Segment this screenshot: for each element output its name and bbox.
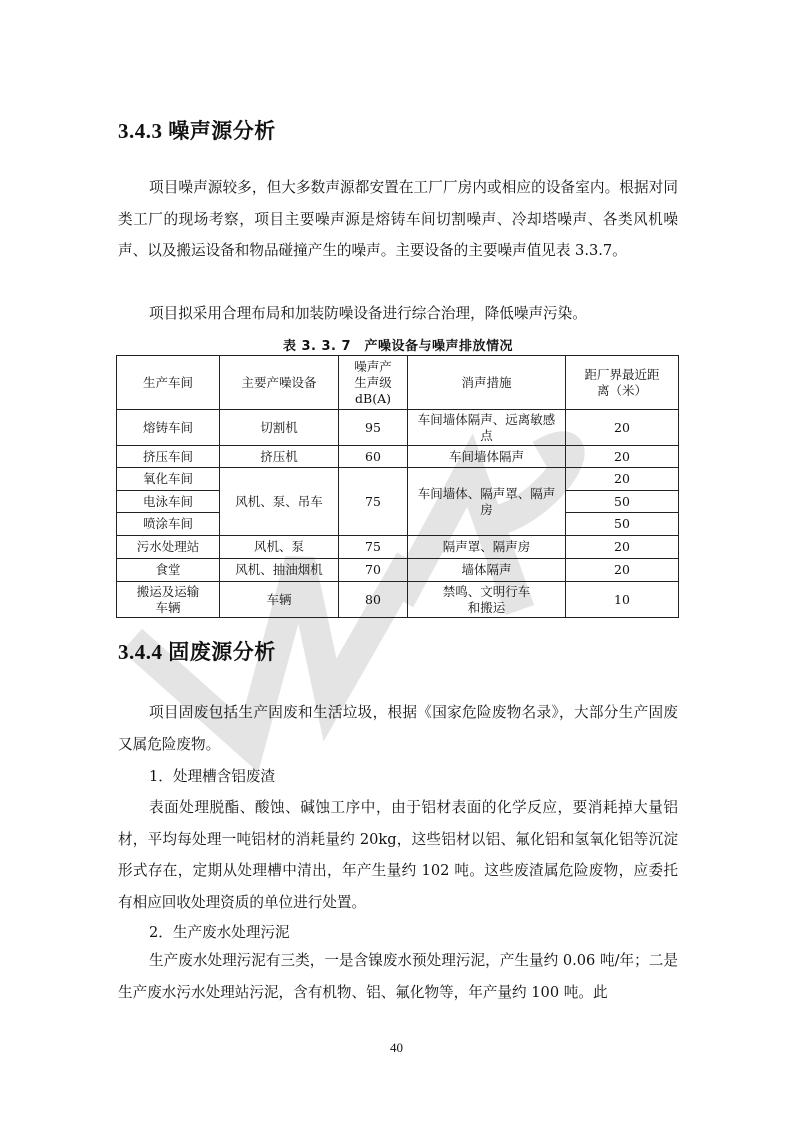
table-row: 搬运及运输车辆 车辆 80 禁鸣、文明行车和搬运 10 [117,582,679,618]
paragraph-noise-treatment: 项目拟采用合理布局和加装防噪设备进行综合治理，降低噪声污染。 [118,298,678,330]
header-distance: 距厂界最近距 离（米） [566,356,679,410]
cell-measure: 车间墙体、隔声罩、隔声房 [408,468,566,536]
cell-workshop: 电泳车间 [117,491,220,513]
table-caption: 表 3. 3. 7 产噪设备与噪声排放情况 [118,335,678,354]
cell-workshop: 氧化车间 [117,468,220,491]
section-heading-solid-waste: 3.4.4 固废源分析 [118,636,276,666]
cell-level: 70 [339,559,408,582]
cell-measure: 墙体隔声 [408,559,566,582]
cell-level: 75 [339,468,408,536]
cell-distance: 20 [566,559,679,582]
cell-workshop: 喷涂车间 [117,513,220,536]
header-noise-level-line1: 噪声产 [341,359,405,375]
cell-distance: 20 [566,468,679,491]
cell-level: 80 [339,582,408,618]
cell-workshop: 熔铸车间 [117,410,220,446]
header-noise-level-line2: 生声级 [341,375,405,391]
cell-equipment: 风机、泵、吊车 [220,468,339,536]
header-workshop: 生产车间 [117,356,220,410]
cell-distance: 10 [566,582,679,618]
cell-equipment: 挤压机 [220,446,339,468]
table-row: 熔铸车间 切割机 95 车间墙体隔声、远离敏感点 20 [117,410,679,446]
paragraph-solid-waste-intro: 项目固废包括生产固废和生活垃圾，根据《国家危险废物名录》，大部分生产固废又属危险… [118,697,678,760]
cell-workshop: 污水处理站 [117,536,220,559]
paragraph-wastewater-sludge: 生产废水处理污泥有三类，一是含镍废水预处理污泥，产生量约 0.06 吨/年；二是… [118,945,678,1008]
cell-workshop: 挤压车间 [117,446,220,468]
list-item-title-1: 1．处理槽含铝废渣 [149,765,275,786]
cell-workshop: 食堂 [117,559,220,582]
table-row: 污水处理站 风机、泵 75 隔声罩、隔声房 20 [117,536,679,559]
cell-measure: 隔声罩、隔声房 [408,536,566,559]
cell-equipment: 风机、泵 [220,536,339,559]
cell-distance: 20 [566,536,679,559]
document-page: 3.4.3 噪声源分析 项目噪声源较多，但大多数声源都安置在工厂厂房内或相应的设… [0,0,793,1122]
cell-measure: 车间墙体隔声 [408,446,566,468]
cell-distance: 50 [566,491,679,513]
paragraph-noise-sources: 项目噪声源较多，但大多数声源都安置在工厂厂房内或相应的设备室内。根据对同类工厂的… [118,172,678,267]
header-distance-line1: 距厂界最近距 [568,367,676,383]
table-row: 挤压车间 挤压机 60 车间墙体隔声 20 [117,446,679,468]
table-header-row: 生产车间 主要产噪设备 噪声产 生声级 dB(A) 消声措施 距厂界最近距 离（… [117,356,679,410]
cell-distance: 20 [566,410,679,446]
table-row: 食堂 风机、抽油烟机 70 墙体隔声 20 [117,559,679,582]
paragraph-aluminum-residue: 表面处理脱酯、酸蚀、碱蚀工序中，由于铝材表面的化学反应，要消耗掉大量铝材，平均每… [118,792,678,918]
cell-measure: 车间墙体隔声、远离敏感点 [408,410,566,446]
cell-workshop: 搬运及运输车辆 [117,582,220,618]
cell-level: 95 [339,410,408,446]
cell-equipment: 车辆 [220,582,339,618]
section-heading-noise: 3.4.3 噪声源分析 [118,115,276,145]
cell-equipment: 切割机 [220,410,339,446]
header-noise-level: 噪声产 生声级 dB(A) [339,356,408,410]
cell-measure: 禁鸣、文明行车和搬运 [408,582,566,618]
header-equipment: 主要产噪设备 [220,356,339,410]
cell-level: 60 [339,446,408,468]
cell-equipment: 风机、抽油烟机 [220,559,339,582]
cell-distance: 20 [566,446,679,468]
table-row: 氧化车间 风机、泵、吊车 75 车间墙体、隔声罩、隔声房 20 [117,468,679,491]
header-noise-level-line3: dB(A) [341,391,405,407]
header-measure: 消声措施 [408,356,566,410]
cell-level: 75 [339,536,408,559]
noise-table: 生产车间 主要产噪设备 噪声产 生声级 dB(A) 消声措施 距厂界最近距 离（… [116,355,679,618]
cell-distance: 50 [566,513,679,536]
header-distance-line2: 离（米） [568,383,676,399]
list-item-title-2: 2．生产废水处理污泥 [149,921,290,942]
page-number: 40 [0,1040,793,1056]
